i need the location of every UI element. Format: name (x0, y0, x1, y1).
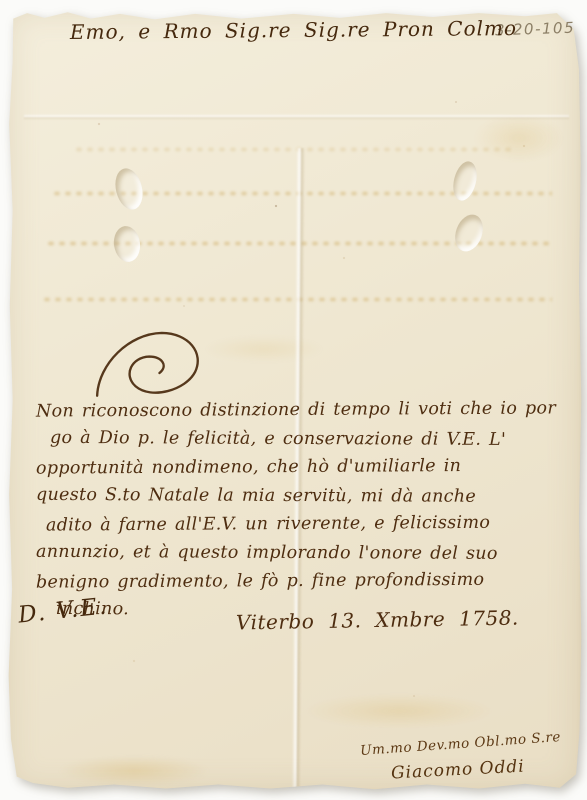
letter-body: Non riconoscono distinzione di tempo li … (36, 396, 558, 624)
emboss-dimple (450, 211, 487, 256)
body-line: opportunità nondimeno, che hò d'umiliarl… (36, 451, 558, 483)
stain (204, 336, 324, 362)
dateline: Viterbo 13. Xmbre 1758. (236, 606, 519, 635)
emboss-dimple (111, 165, 146, 212)
horizontal-fold-crease (24, 114, 569, 120)
ghost-showthrough-line (46, 240, 551, 247)
stain (59, 756, 209, 786)
body-line: benigno gradimento, le fò p. fine profon… (36, 565, 558, 597)
ghost-showthrough-line (52, 190, 552, 197)
body-line: go à Dio p. le felicità, e conservazione… (36, 423, 558, 454)
emboss-dimple (112, 224, 143, 263)
body-line: adito à farne all'E.V. un riverente, e f… (36, 508, 558, 540)
ghost-showthrough-line (74, 146, 514, 153)
body-line: annunzio, et à questo implorando l'onore… (36, 537, 558, 568)
stain (304, 694, 494, 728)
scanned-letter: 3-20-105 Emo, e Rmo Sig.re Sig.re Pron C… (0, 0, 587, 800)
body-line: questo S.to Natale la mia servitù, mi dà… (36, 480, 558, 511)
ghost-showthrough-line (42, 296, 552, 303)
body-line: Non riconoscono distinzione di tempo li … (36, 394, 558, 426)
stain (474, 114, 564, 162)
salutation-line: Emo, e Rmo Sig.re Sig.re Pron Colmo (0, 15, 587, 44)
emboss-dimple (449, 159, 480, 203)
